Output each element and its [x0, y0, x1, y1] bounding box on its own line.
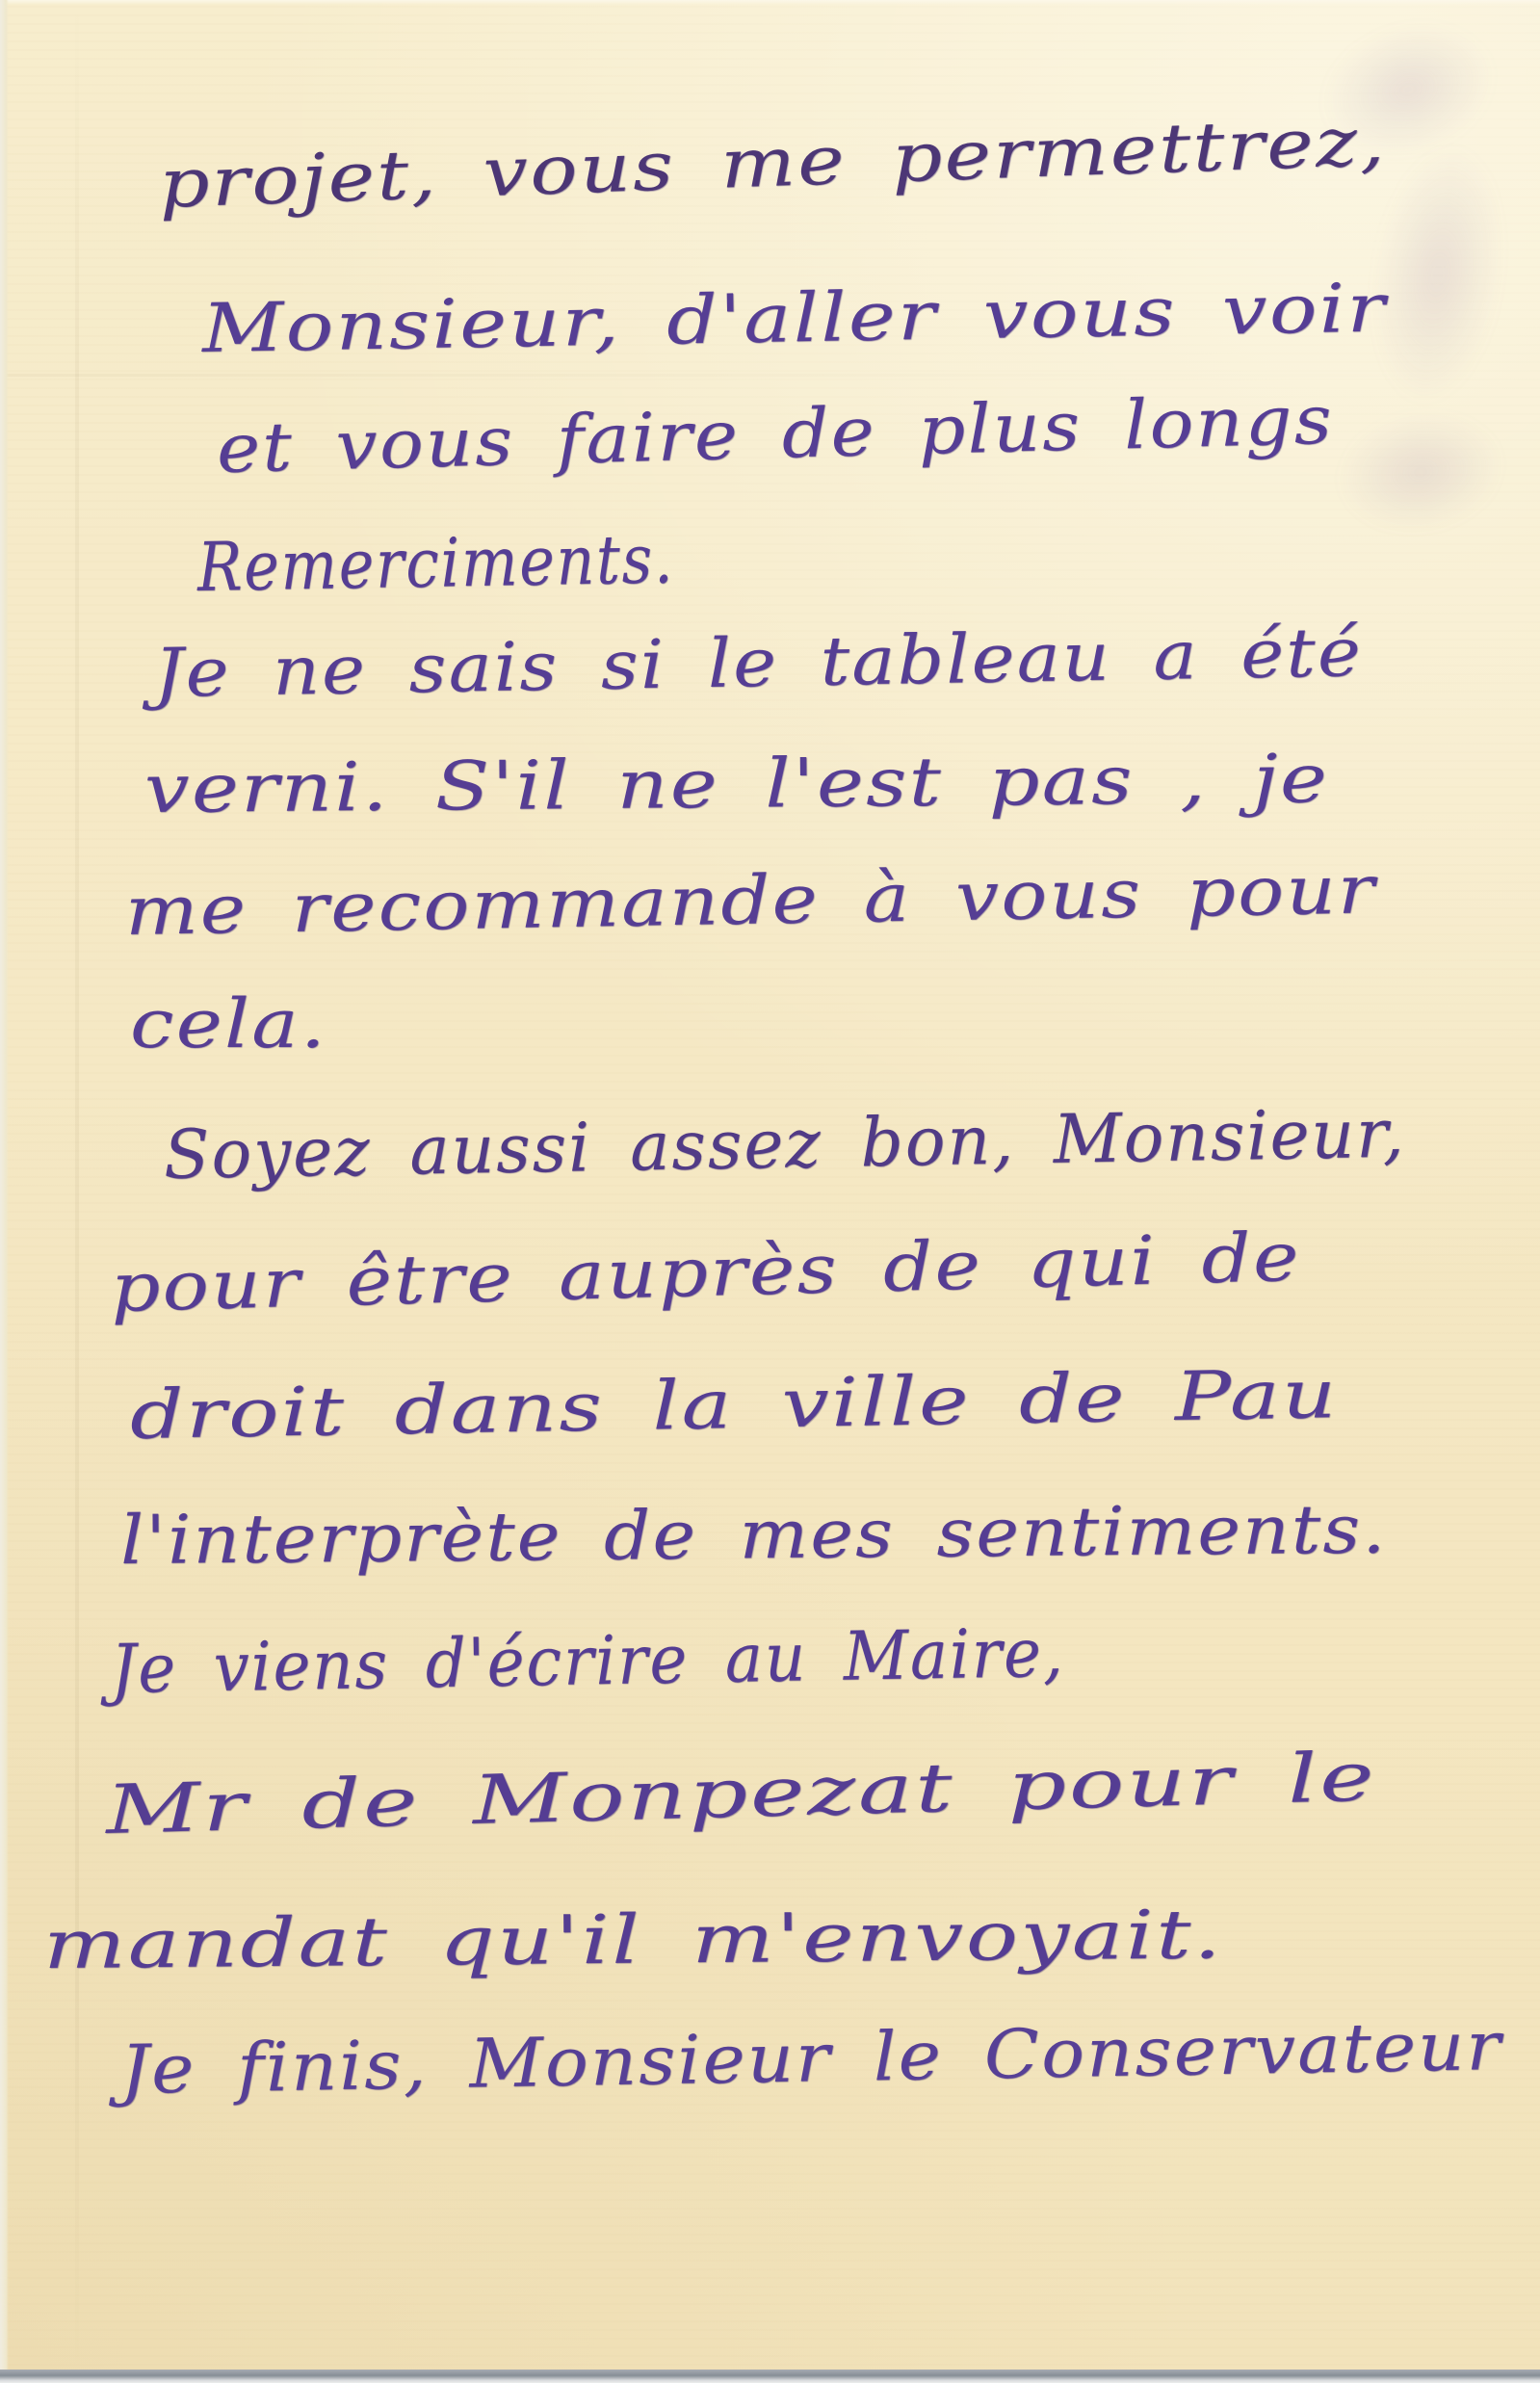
- letter-line: cela.: [130, 984, 327, 1063]
- letter-line: Je finis, Monsieur le Conservateur: [119, 2006, 1502, 2109]
- scan-edge-top: [0, 0, 1540, 5]
- letter-line: Remerciments.: [196, 519, 675, 607]
- letter-line: Soyez aussi assez bon, Monsieur,: [163, 1094, 1406, 1194]
- letter-line: verni. S'il ne l'est pas , je: [144, 739, 1330, 828]
- scan-edge-bottom: [0, 2370, 1540, 2383]
- letter-line: Monsieur, d'aller vous voir: [201, 269, 1388, 368]
- letter-line: l'interprète de mes sentiments.: [120, 1490, 1388, 1580]
- letter-line: me recommande à vous pour: [124, 850, 1377, 951]
- letter-line: Je viens d'écrire au Maire,: [110, 1613, 1065, 1709]
- letter-line: et vous faire de plus longs: [216, 380, 1335, 488]
- letter-paper: projet, vous me permettrez, Monsieur, d'…: [0, 0, 1540, 2383]
- scan-edge-left: [0, 0, 9, 2383]
- letter-line: projet, vous me permettrez,: [158, 102, 1388, 223]
- letter-line: mandat qu'il m'envoyait.: [43, 1895, 1224, 1984]
- letter-body: projet, vous me permettrez, Monsieur, d'…: [0, 0, 1540, 2383]
- letter-line: droit dans la ville de Pau: [129, 1354, 1339, 1454]
- scanned-letter-page: projet, vous me permettrez, Monsieur, d'…: [0, 0, 1540, 2383]
- letter-line: Je ne sais si le tableau a été: [153, 613, 1363, 713]
- letter-line: Mr de Monpezat pour le: [105, 1737, 1377, 1849]
- letter-line: pour être auprès de qui de: [110, 1218, 1302, 1327]
